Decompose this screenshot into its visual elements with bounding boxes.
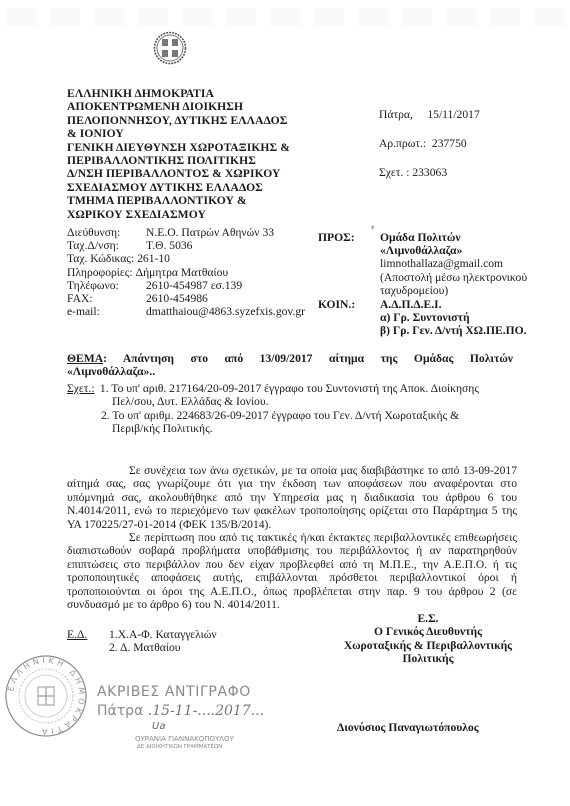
clerk-title: ΔΕ ΔΙΟΙΚΗΤΙΚΩΝ ΓΡΑΜΜΑΤΕΩΝ	[137, 744, 264, 750]
signature-line: Χωροταξικής & Περιβαλλοντικής	[318, 639, 538, 652]
signature-line: Ε.Σ.	[318, 612, 538, 625]
delivery-note: (Αποστολή μέσω ηλεκτρονικού	[380, 271, 527, 284]
recipient-label: ΠΡΟΣ:	[318, 231, 355, 244]
email-label: e-mail:	[67, 305, 146, 318]
internal-distribution: Ε.Δ.1.Χ.Α-Φ. Καταγγελιών 2. Δ. Ματθαίου	[67, 628, 217, 655]
body-paragraph: Σε συνέχεια των άνω σχετικών, με τα οποί…	[67, 464, 517, 531]
recipient-name-quoted: «Λιμνοθάλλαζα»	[380, 244, 527, 257]
delivery-note: ταχυδρομείου)	[380, 284, 527, 297]
scan-bleed-through	[6, 8, 566, 26]
body-paragraph: Σε περίπτωση που από τις τακτικές ή/και …	[67, 531, 517, 611]
fax-value: 2610-454986	[146, 292, 208, 305]
cc-label: ΚΟΙΝ.:	[318, 298, 355, 311]
handwritten-initials: Ua	[152, 721, 264, 732]
header-line: ΠΕΛΟΠΟΝΝΗΣΟΥ, ΔΥΤΙΚΗΣ ΕΛΛΑΔΟΣ	[67, 114, 357, 127]
issuer-header: ΕΛΛΗΝΙΚΗ ΔΗΜΟΚΡΑΤΙΑ ΑΠΟΚΕΝΤΡΩΜΕΝΗ ΔΙΟΙΚΗ…	[67, 87, 357, 221]
recipient-block: Ομάδα Πολιτών «Λιμνοθάλλαζα» limnothalla…	[380, 231, 527, 297]
clerk-name: ΟΥΡΑΝΙΑ ΓΙΑΝΝΑΚΟΠΟΥΛΟΥ	[135, 735, 264, 743]
subject-label: ΘΕΜΑ	[67, 352, 103, 365]
postcode-value: 261-10	[137, 252, 170, 265]
address-value: Ν.Ε.Ο. Πατρών Αθηνών 33	[146, 226, 274, 239]
subject-text-cont: «Λιμνοθάλλαζα»..	[67, 365, 513, 378]
pobox-value: Τ.Θ. 5036	[146, 239, 192, 252]
phone-value: 2610-454987 εσ.139	[146, 279, 242, 292]
email-value: dmatthaiou@4863.syzefxis.gov.gr	[146, 305, 305, 318]
greek-coat-of-arms-icon	[153, 30, 187, 66]
header-line: ΑΠΟΚΕΝΤΡΩΜΕΝΗ ΔΙΟΙΚΗΣΗ	[67, 100, 357, 113]
certified-copy-stamp: ΑΚΡΙΒΕΣ ΑΝΤΙΓΡΑΦΟ Πάτρα .15-11-....2017.…	[97, 684, 264, 750]
pobox-label: Ταχ.Δ/νση:	[67, 239, 146, 252]
certified-copy-title: ΑΚΡΙΒΕΣ ΑΝΤΙΓΡΑΦΟ	[97, 684, 264, 700]
distribution-item: 1.Χ.Α-Φ. Καταγγελιών	[109, 628, 217, 641]
cc-item: α) Γρ. Συντονιστή	[380, 311, 527, 324]
contact-block: Διεύθυνση:Ν.Ε.Ο. Πατρών Αθηνών 33 Ταχ.Δ/…	[67, 226, 305, 318]
signatory-name: Διονύσιος Παναγιωτόπουλος	[337, 721, 479, 734]
subject-block: ΘΕΜΑ: Απάντηση στο από 13/09/2017 αίτημα…	[67, 352, 513, 379]
official-round-stamp-icon: ΕΛΛΗΝΙΚΗ ΔΗΜΟΚΡΑΤΙΑ	[4, 654, 88, 738]
info-value: Δήμητρα Ματθαίου	[136, 266, 229, 279]
header-line: ΣΧΕΔΙΑΣΜΟΥ ΔΥΤΙΚΗΣ ΕΛΛΑΔΟΣ	[67, 181, 357, 194]
reference-item-cont: Πελ/σου, Δυτ. Ελλάδας & Ιονίου.	[67, 395, 519, 408]
signature-line: Πολιτικής	[318, 652, 538, 665]
document-meta: Πάτρα, 15/11/2017 Αρ.πρωτ.: 237750 Σχετ.…	[379, 108, 480, 195]
postcode-label: Ταχ. Κώδικας:	[67, 252, 134, 265]
header-line: Δ/ΝΣΗ ΠΕΡΙΒΑΛΛΟΝΤΟΣ & ΧΩΡΙΚΟΥ	[67, 167, 357, 180]
protocol-number: Αρ.πρωτ.: 237750	[379, 137, 480, 150]
cc-item: Α.Δ.Π.Δ.Ε.Ι.	[380, 298, 527, 311]
signature-line: Ο Γενικός Διευθυντής	[318, 625, 538, 638]
certified-copy-place: Πάτρα	[97, 703, 143, 719]
body-paragraph-text: Σε περίπτωση που από τις τακτικές ή/και …	[67, 531, 517, 611]
header-line: ΕΛΛΗΝΙΚΗ ΔΗΜΟΚΡΑΤΙΑ	[67, 87, 357, 100]
reference-item: 2. Το υπ' αριθμ. 224683/26-09-2017 έγγρα…	[67, 409, 519, 422]
address-label: Διεύθυνση:	[67, 226, 146, 239]
references-label: Σχετ.:	[67, 382, 97, 395]
info-label: Πληροφορίες:	[67, 266, 133, 279]
phone-label: Τηλέφωνο:	[67, 279, 146, 292]
pen-tick-mark: ⸗	[371, 222, 374, 233]
signature-block: Ε.Σ. Ο Γενικός Διευθυντής Χωροταξικής & …	[318, 612, 538, 666]
reference-item: 1. Το υπ' αριθ. 217164/20-09-2017 έγγραφ…	[97, 382, 479, 395]
distribution-item: 2. Δ. Ματθαίου	[67, 641, 217, 654]
subject-text: : Απάντηση στο από 13/09/2017 αίτημα της…	[103, 352, 513, 365]
recipient-name: Ομάδα Πολιτών	[380, 231, 527, 244]
internal-distribution-label: Ε.Δ.	[67, 628, 109, 641]
recipient-email: limnothallaza@gmail.com	[380, 257, 527, 270]
header-line: ΠΕΡΙΒΑΛΛΟΝΤΙΚΗΣ ΠΟΛΙΤΙΚΗΣ	[67, 154, 357, 167]
cc-item: β) Γρ. Γεν. Δ/ντή ΧΩ.ΠΕ.ΠΟ.	[380, 324, 527, 337]
related-number: Σχετ. : 233063	[379, 166, 480, 179]
document-page: ΕΛΛΗΝΙΚΗ ΔΗΜΟΚΡΑΤΙΑ ΑΠΟΚΕΝΤΡΩΜΕΝΗ ΔΙΟΙΚΗ…	[0, 0, 570, 806]
header-line: ΧΩΡΙΚΟΥ ΣΧΕΔΙΑΣΜΟΥ	[67, 208, 357, 221]
references-block: Σχετ.: 1. Το υπ' αριθ. 217164/20-09-2017…	[67, 382, 519, 436]
header-line: & ΙΟΝΙΟΥ	[67, 127, 357, 140]
place-date: Πάτρα, 15/11/2017	[379, 108, 480, 121]
cc-block: Α.Δ.Π.Δ.Ε.Ι. α) Γρ. Συντονιστή β) Γρ. Γε…	[380, 298, 527, 338]
body-paragraph-text: Σε συνέχεια των άνω σχετικών, με τα οποί…	[67, 464, 517, 531]
reference-item-cont: Περιβ/κής Πολιτικής.	[67, 422, 519, 435]
certified-copy-date: .15-11-....2017...	[148, 703, 264, 719]
header-line: ΓΕΝΙΚΗ ΔΙΕΥΘΥΝΣΗ ΧΩΡΟΤΑΞΙΚΗΣ &	[67, 141, 357, 154]
fax-label: FAX:	[67, 292, 146, 305]
header-line: ΤΜΗΜΑ ΠΕΡΙΒΑΛΛΟΝΤΙΚΟΥ &	[67, 194, 357, 207]
